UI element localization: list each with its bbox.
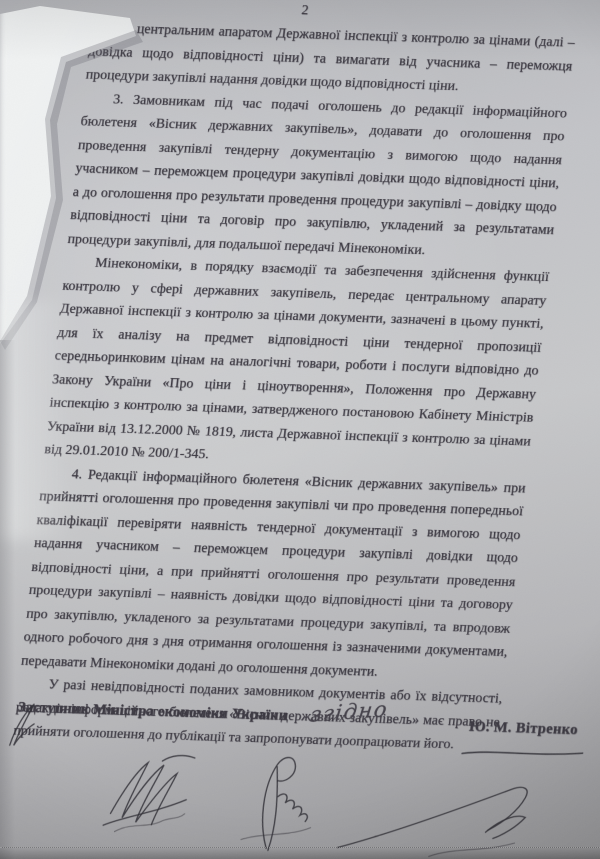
- signature-right: [332, 770, 552, 859]
- document-content-layer: 2 центральним апаратом Державної інспекц…: [0, 0, 600, 859]
- name-underline-stroke: [460, 745, 585, 761]
- paragraph-point-4: 4. Редакції інформаційного бюлетеня «Віс…: [20, 461, 527, 687]
- document-body: центральним апаратом Державної інспекції…: [12, 15, 576, 757]
- paragraph-point-3: 3. Замовникам під час подачі оголошень д…: [66, 86, 568, 265]
- scanned-document-page: 2 центральним апаратом Державної інспекц…: [0, 0, 600, 859]
- signature-middle: [228, 751, 329, 854]
- signatory-name: Ю. М. Вітренко: [468, 719, 578, 739]
- signature-left: [93, 751, 213, 844]
- paragraph-minekonomiky: Мінекономіки, в порядку взаємодії та заб…: [43, 250, 550, 476]
- margin-paraph-signature: [0, 697, 41, 754]
